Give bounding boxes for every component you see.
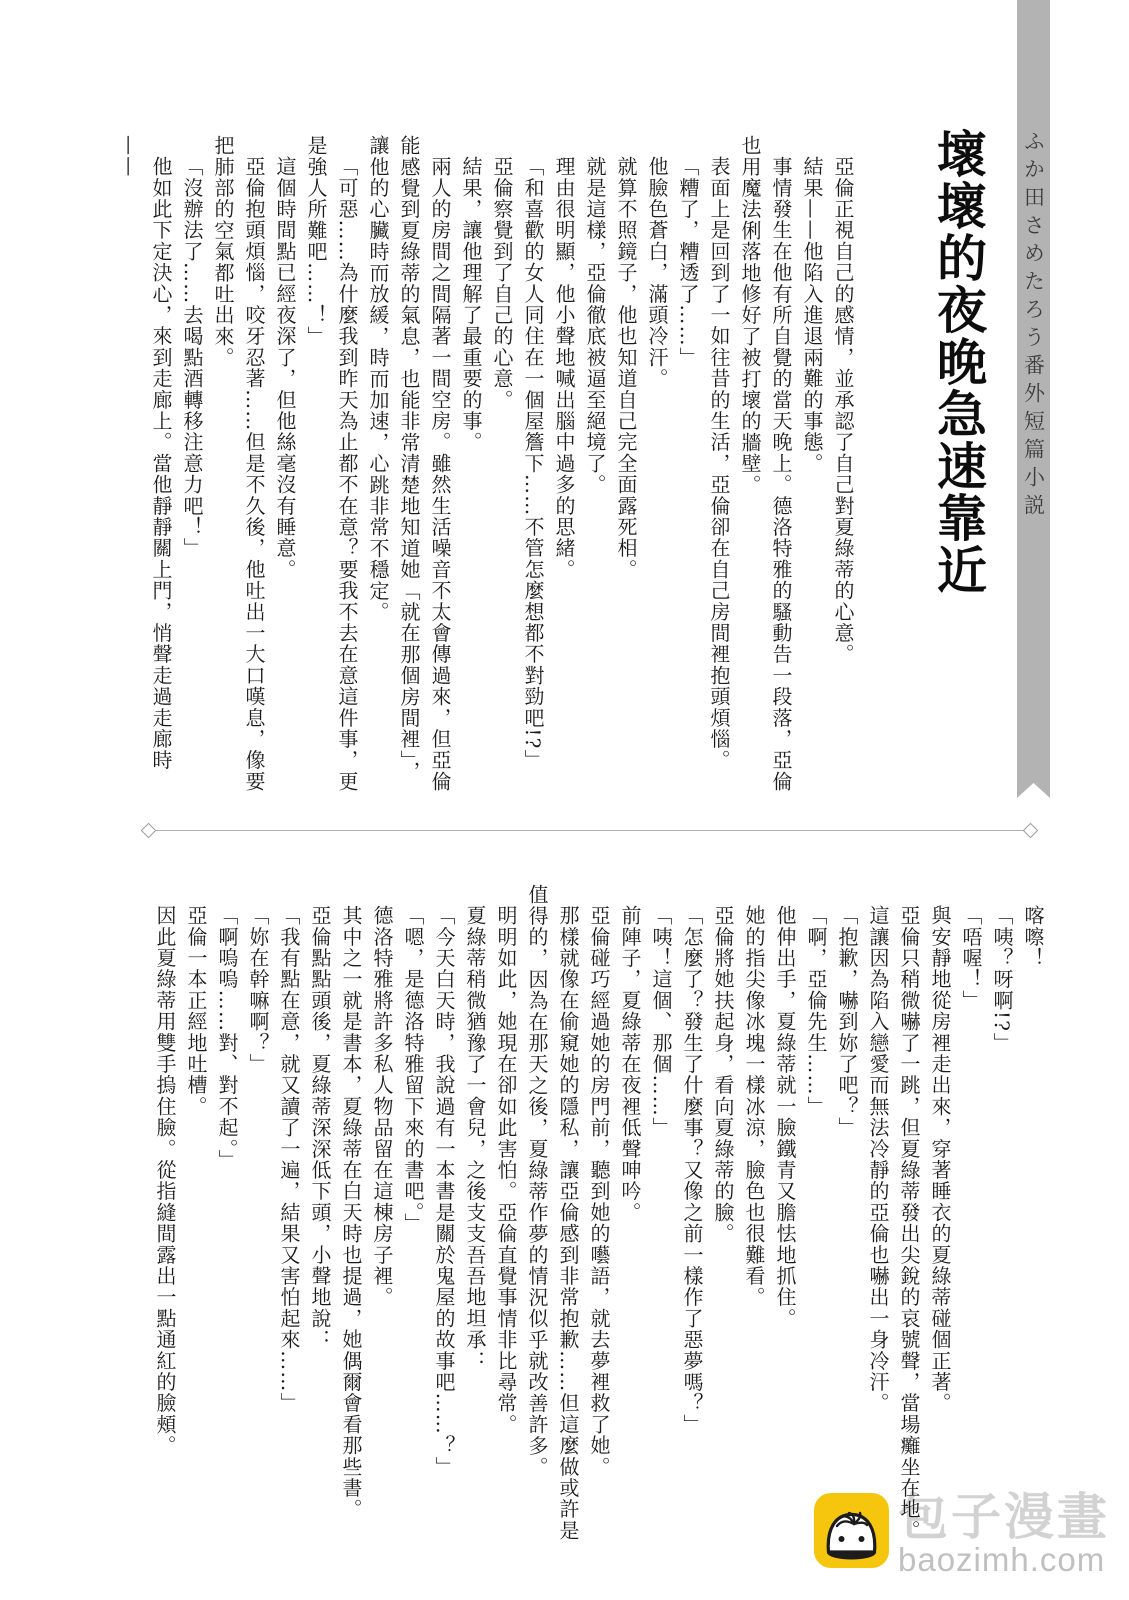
story-paragraph: 亞倫抱頭煩惱，咬牙忍著……但是不久後，他吐出一大口嘆息，像要把肺部的空氣都吐出來… xyxy=(207,135,269,795)
story-part-2: 喀嚓！「咦？呀啊!?」「唔喔！」與安靜地從房裡走出來，穿著睡衣的夏綠蒂碰個正著。… xyxy=(132,884,1048,1552)
story-paragraph: 結果，讓他理解了最重要的事。 xyxy=(455,135,486,795)
story-paragraph: 德洛特雅將許多私人物品留在這棟房子裡。 xyxy=(366,884,397,1552)
story-paragraph: 結果——他陷入進退兩難的事態。 xyxy=(796,135,827,795)
story-paragraph: 表面上是回到了一如往昔的生活，亞倫卻在自己房間裡抱頭煩惱。 xyxy=(703,135,734,795)
story-paragraph: 亞倫碰巧經過她的房門前，聽到她的囈語，就去夢裡救了她。 xyxy=(583,884,614,1552)
story-paragraph: 「咦？呀啊!?」 xyxy=(986,884,1017,1552)
story-paragraph: 就算不照鏡子，他也知道自己完全面露死相。 xyxy=(610,135,641,795)
story-paragraph: 理由很明顯，他小聲地喊出腦中過多的思緒。 xyxy=(548,135,579,795)
story-paragraph: 「抱歉，嚇到妳了吧？」 xyxy=(831,884,862,1552)
story-paragraph: 因此夏綠蒂用雙手摀住臉。從指縫間露出一點通紅的臉頰。 xyxy=(149,884,180,1552)
story-paragraph: 「唔喔！」 xyxy=(955,884,986,1552)
story-paragraph: 亞倫正視自己的感情，並承認了自己對夏綠蒂的心意。 xyxy=(827,135,858,795)
story-paragraph: 他伸出手，夏綠蒂就一臉鐵青又膽怯地抓住。 xyxy=(769,884,800,1552)
story-paragraph: 他如此下定決心，來到走廊上。當他靜靜關上門，悄聲走過走廊時—— xyxy=(114,135,176,795)
story-paragraph: 夏綠蒂稍微猶豫了一會兒，之後支支吾吾地坦承： xyxy=(459,884,490,1552)
story-paragraph: 這讓因為陷入戀愛而無法冷靜的亞倫也嚇出一身冷汗。 xyxy=(862,884,893,1552)
story-paragraph: 「沒辦法了……去喝點酒轉移注意力吧！」 xyxy=(176,135,207,795)
story-paragraph: 「可惡……為什麼我到昨天為止都不在意？要我不去在意這件事，更是強人所難吧……！」 xyxy=(300,135,362,795)
story-paragraph: 就是這樣，亞倫徹底被逼至絕境了。 xyxy=(579,135,610,795)
story-paragraph: 「嗯，是德洛特雅留下來的書吧。」 xyxy=(397,884,428,1552)
divider-diamond-left-icon xyxy=(141,823,157,839)
story-paragraph: 前陣子，夏綠蒂在夜裡低聲呻吟。 xyxy=(614,884,645,1552)
story-paragraph: 與安靜地從房裡走出來，穿著睡衣的夏綠蒂碰個正著。 xyxy=(924,884,955,1552)
story-paragraph: 亞倫只稍微嚇了一跳，但夏綠蒂發出尖銳的哀號聲，當場癱坐在地。 xyxy=(893,884,924,1552)
series-label: ふか田さめたろう番外短篇小説 xyxy=(1019,130,1049,522)
story-paragraph: 亞倫將她扶起身，看向夏綠蒂的臉。 xyxy=(707,884,738,1552)
divider-line xyxy=(152,830,1027,831)
story-paragraph: 「咦！這個、那個……」 xyxy=(645,884,676,1552)
story-paragraph: 「今天白天時，我說過有一本書是關於鬼屋的故事吧……？」 xyxy=(428,884,459,1552)
novel-page: ふか田さめたろう番外短篇小説 壞壞的夜晚急速靠近 亞倫正視自己的感情，並承認了自… xyxy=(0,0,1129,1600)
story-paragraph: 亞倫察覺到了自己的心意。 xyxy=(486,135,517,795)
story-paragraph: 亞倫一本正經地吐槽。 xyxy=(180,884,211,1552)
story-paragraph: 喀嚓！ xyxy=(1017,884,1048,1552)
story-paragraph: 他臉色蒼白，滿頭冷汗。 xyxy=(641,135,672,795)
page-title: 壞壞的夜晚急速靠近 xyxy=(922,128,994,596)
story-paragraph: 那樣就像在偷窺她的隱私，讓亞倫感到非常抱歉……但這麼做或許是值得的，因為在那天之… xyxy=(521,884,583,1552)
divider-diamond-right-icon xyxy=(1023,823,1039,839)
series-ribbon: ふか田さめたろう番外短篇小説 xyxy=(1017,0,1050,798)
section-divider xyxy=(148,826,1031,836)
story-paragraph: 「啊，亞倫先生……」 xyxy=(800,884,831,1552)
story-part-1: 亞倫正視自己的感情，並承認了自己對夏綠蒂的心意。結果——他陷入進退兩難的事態。事… xyxy=(134,135,858,795)
story-paragraph: 兩人的房間之間隔著一間空房。雖然生活噪音不太會傳過來，但亞倫能感覺到夏綠蒂的氣息… xyxy=(362,135,455,795)
story-paragraph: 明明如此，她現在卻如此害怕。亞倫直覺事情非比尋常。 xyxy=(490,884,521,1552)
story-paragraph: 亞倫點點頭後，夏綠蒂深深低下頭，小聲地說： xyxy=(304,884,335,1552)
story-paragraph: 她的指尖像冰塊一樣冰涼，臉色也很難看。 xyxy=(738,884,769,1552)
story-paragraph: 「妳在幹嘛啊？」 xyxy=(242,884,273,1552)
story-paragraph: 這個時間點已經夜深了，但他絲毫沒有睡意。 xyxy=(269,135,300,795)
story-paragraph: 「我有點在意，就又讀了一遍，結果又害怕起來……」 xyxy=(273,884,304,1552)
story-paragraph: 其中之一就是書本，夏綠蒂在白天時也提過，她偶爾會看那些書。 xyxy=(335,884,366,1552)
story-paragraph: 「啊嗚嗚……對、對不起。」 xyxy=(211,884,242,1552)
story-paragraph: 「糟了，糟透了……」 xyxy=(672,135,703,795)
story-paragraph: 「和喜歡的女人同住在一個屋簷下……不管怎麼想都不對勁吧!?」 xyxy=(517,135,548,795)
story-paragraph: 「怎麼了？發生了什麼事？又像之前一樣作了惡夢嗎？」 xyxy=(676,884,707,1552)
story-paragraph: 事情發生在他有所自覺的當天晚上。德洛特雅的騷動告一段落，亞倫也用魔法俐落地修好了… xyxy=(734,135,796,795)
